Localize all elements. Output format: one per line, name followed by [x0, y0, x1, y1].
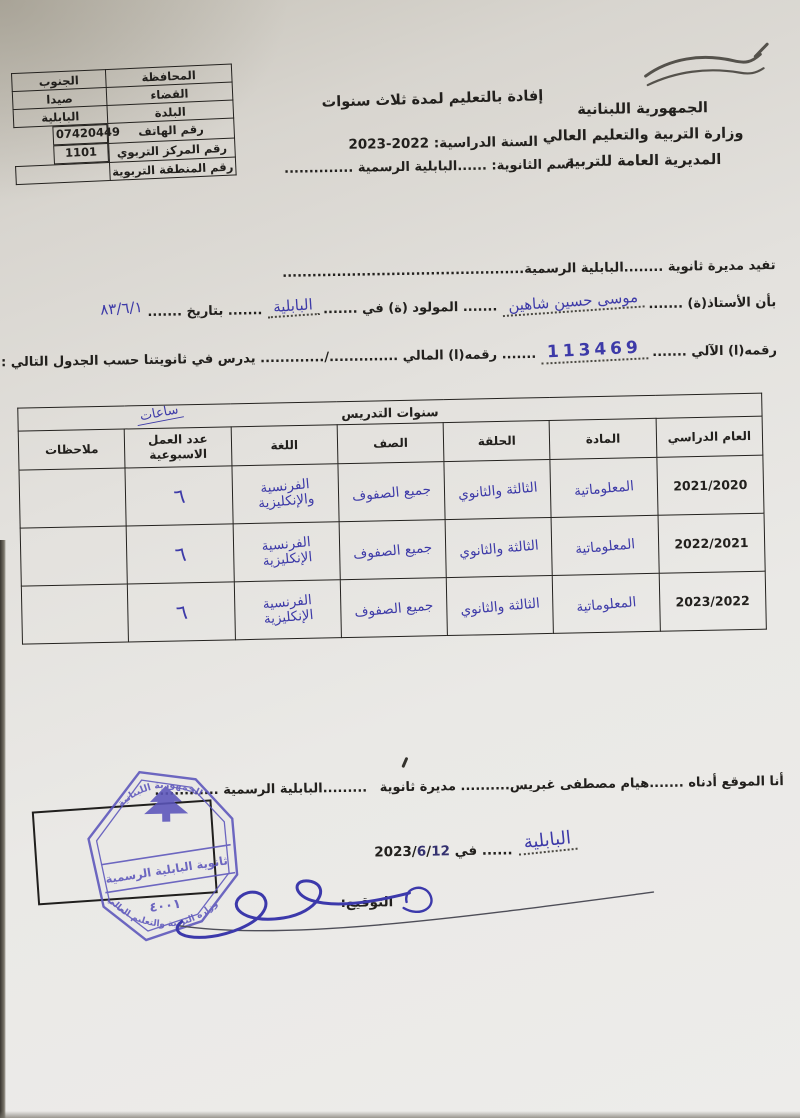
language-handwritten: الفرنسية الإنكليزية — [236, 590, 340, 629]
language-handwritten: الفرنسية الإنكليزية — [235, 532, 339, 571]
school-name-label: اسم الثانوية: — [491, 157, 574, 173]
statement-line-2: بأن الأستاذ(ة) ....... موسى حسين شاهين .… — [100, 292, 776, 323]
col-subject: المادة — [550, 418, 657, 459]
notes-cell — [19, 468, 126, 528]
cycle-handwritten: الثالثة والثانوي — [459, 538, 540, 560]
cycle-handwritten: الثالثة والثانوي — [460, 596, 541, 618]
info-value: 1101 — [53, 143, 108, 164]
declaration-label: أنا الموقع أدناه — [688, 774, 784, 790]
teaches-clause: يدرس في ثانويتنا حسب الجدول التالي : — [1, 351, 256, 370]
scanned-document: الجمهورية اللبنانية وزارة التربية والتعل… — [0, 0, 800, 1118]
statement-line-1: تفيد مديرة ثانوية ........البابلية الرسم… — [282, 258, 776, 281]
school-name-value: ......البابلية الرسمية .............. — [284, 159, 487, 177]
hours-handwritten: ٦ — [173, 541, 187, 566]
info-value — [16, 162, 110, 184]
photo-edge-left — [0, 540, 6, 1118]
info-value: 07420449 — [53, 124, 108, 145]
hours-handwritten: ٦ — [172, 483, 186, 508]
school-year-label: السنة الدراسية: — [434, 134, 538, 152]
birthdate-label: ....... بتاريخ ....... — [147, 303, 262, 320]
col-cycle: الحلقة — [443, 420, 550, 461]
school-year-value: 2023-2022 — [348, 136, 429, 153]
birthplace-handwritten: البابلية — [266, 295, 319, 318]
certify-school-value: ........البابلية الرسمية................… — [282, 260, 663, 281]
notes-cell — [20, 526, 127, 586]
notes-cell — [21, 584, 128, 644]
signature-handwritten — [165, 852, 667, 960]
auto-number-handwritten: 113469 — [540, 337, 648, 364]
subject-handwritten: المعلوماتية — [576, 595, 637, 615]
year-cell: 2021/2020 — [657, 455, 764, 515]
place-handwritten: البابلية — [516, 827, 578, 856]
financial-number-label: ....... رقمه(ا) المالي ............../..… — [260, 347, 536, 366]
col-notes: ملاحظات — [18, 429, 125, 470]
declaration-role: مديرة ثانوية — [380, 779, 457, 795]
admin-info-table: المحافظةالجنوب القضاءصيدا البلدةالبابلية… — [11, 64, 237, 186]
declaration-name: .......هيام مصطفى غبريس.......... — [460, 776, 684, 795]
cycle-handwritten: الثالثة والثانوي — [457, 480, 538, 502]
auto-number-label: رقمه(ا) الآلي ....... — [652, 343, 777, 360]
year-cell: 2023/2022 — [659, 571, 766, 631]
subject-handwritten: المعلوماتية — [573, 479, 634, 499]
subject-handwritten: المعلوماتية — [575, 537, 636, 557]
teacher-name-handwritten: موسى حسين شاهين — [501, 287, 644, 317]
statement-line-3: رقمه(ا) الآلي ....... 113469 ....... رقم… — [0, 339, 777, 374]
grade-handwritten: جميع الصفوف — [353, 541, 433, 563]
teacher-label: بأن الأستاذ(ة) ....... — [648, 295, 776, 312]
certify-label: تفيد مديرة ثانوية — [668, 258, 776, 275]
birthdate-handwritten: ٨٣/٦/١ — [100, 298, 144, 319]
born-in-label: ....... المولود (ة) في ....... — [323, 299, 498, 317]
photo-edge-bottom — [0, 1111, 800, 1118]
col-school-year: العام الدراسي — [656, 416, 763, 457]
teaching-years-table: سنوات التدريس العام الدراسي المادة الحلق… — [17, 393, 767, 645]
year-cell: 2022/2021 — [658, 513, 765, 573]
language-handwritten: الفرنسية والإنكليزية — [233, 474, 337, 513]
grade-handwritten: جميع الصفوف — [354, 599, 434, 621]
hours-handwritten: ٦ — [174, 599, 188, 624]
stray-ink-mark — [401, 757, 408, 768]
col-grade: الصف — [337, 423, 444, 464]
col-language: اللغة — [231, 425, 338, 466]
grade-handwritten: جميع الصفوف — [352, 483, 432, 505]
col-weekly-hours: عدد العمل الاسبوعية — [125, 427, 232, 468]
